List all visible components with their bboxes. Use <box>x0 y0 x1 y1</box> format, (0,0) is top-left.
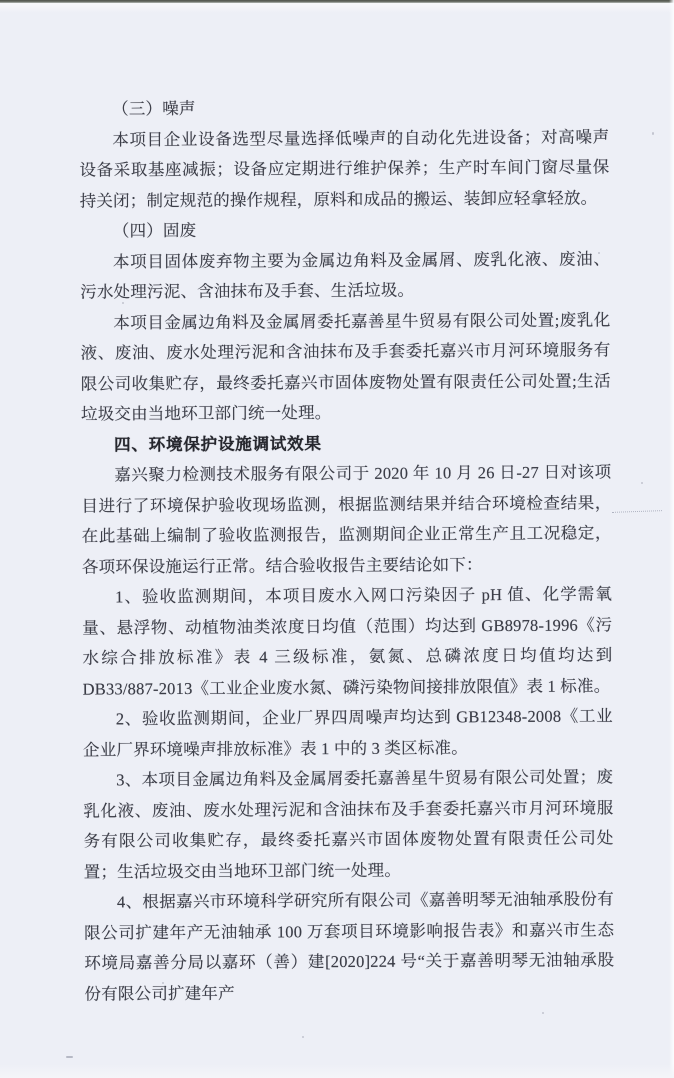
scan-speck <box>641 482 643 484</box>
scan-speck <box>424 207 426 209</box>
scan-dotted-artifact <box>612 510 662 513</box>
paper-right-edge <box>669 0 674 1078</box>
conclusion-1-wastewater-paragraph: 1、验收监测期间，本项目废水入网口污染因子 pH 值、化学需氧量、悬浮物、动植物… <box>82 579 613 704</box>
noise-measures-paragraph: 本项目企业设备选型尽量选择低噪声的自动化先进设备；对高噪声设备采取基座减振；设备… <box>79 122 610 217</box>
section-3-noise-subheading: （三）噪声 <box>79 91 609 125</box>
scan-speck <box>542 1012 544 1014</box>
scan-speck <box>122 302 124 304</box>
scan-speck <box>66 1056 73 1058</box>
document-text-block: （三）噪声 本项目企业设备选型尽量选择低噪声的自动化先进设备；对高噪声设备采取基… <box>79 91 615 1009</box>
scan-speck <box>598 252 600 254</box>
conclusion-3-waste-paragraph: 3、本项目金属边角料及金属屑委托嘉善星牛贸易有限公司处置；废乳化液、废油、废水处… <box>83 762 614 887</box>
section-4-solid-waste-subheading: （四）固废 <box>80 213 610 247</box>
solid-waste-types-paragraph: 本项目固体废弃物主要为金属边角料及金属屑、废乳化液、废油、污水处理污泥、含油抹布… <box>80 244 610 308</box>
chapter-4-heading: 四、环境保护设施调试效果 <box>81 427 611 461</box>
document-page: （三）噪声 本项目企业设备选型尽量选择低噪声的自动化先进设备；对高噪声设备采取基… <box>0 0 674 1078</box>
paper-bottom-edge <box>0 1064 674 1078</box>
scan-speck <box>162 982 164 984</box>
solid-waste-disposal-paragraph: 本项目金属边角料及金属屑委托嘉善星牛贸易有限公司处置;废乳化液、废油、废水处理污… <box>80 305 611 430</box>
scan-speck <box>302 1036 304 1038</box>
scanner-top-glow <box>0 3 674 13</box>
conclusion-4-eia-paragraph: 4、根据嘉兴市环境科学研究所有限公司《嘉善明琴无油轴承股份有限公司扩建年产无油轴… <box>84 884 615 1009</box>
conclusion-2-noise-paragraph: 2、验收监测期间，企业厂界四周噪声均达到 GB12348-2008《工业企业厂界… <box>83 701 613 765</box>
scan-speck <box>96 562 98 564</box>
scan-speck <box>652 132 654 135</box>
monitoring-overview-paragraph: 嘉兴聚力检测技术服务有限公司于 2020 年 10 月 26 日-27 日对该项… <box>81 457 612 582</box>
